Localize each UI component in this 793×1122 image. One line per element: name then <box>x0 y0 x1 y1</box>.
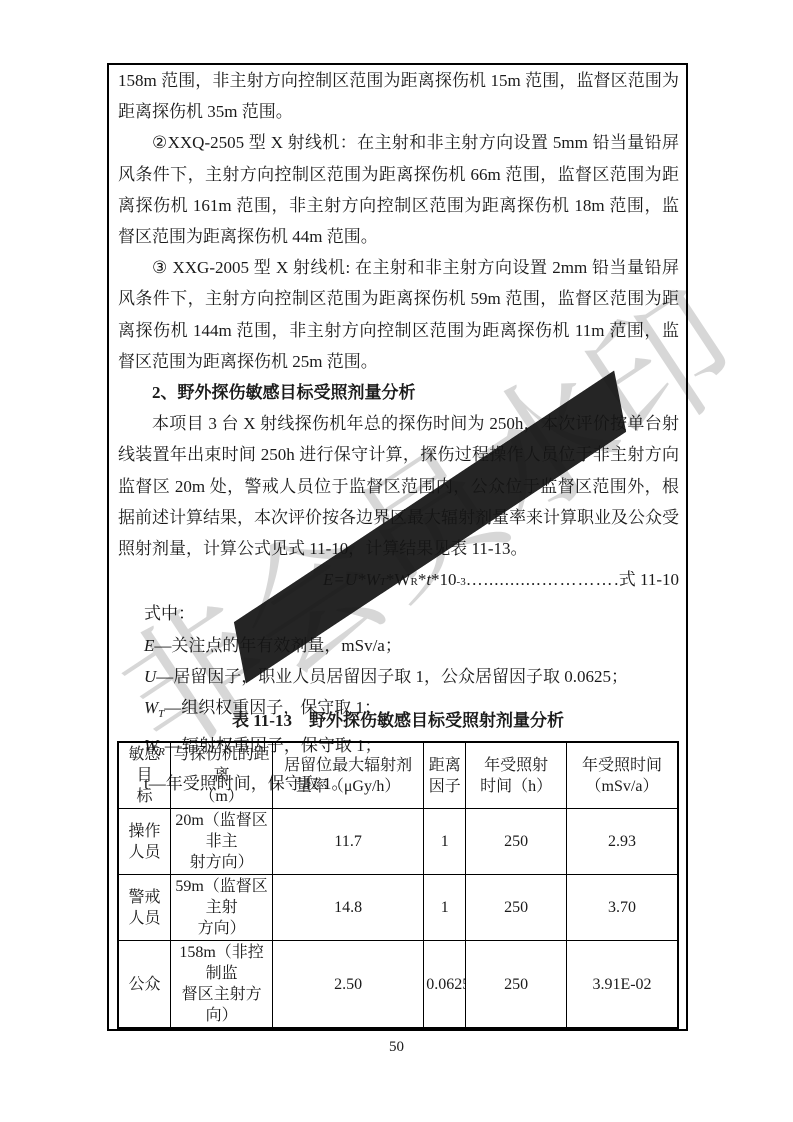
dose-table-block: 表 11-13 野外探伤敏感目标受照射剂量分析 敏感目标 与探伤机的距离（m） … <box>117 708 679 1029</box>
definition-E: E—关注点的年有效剂量，mSv/a； <box>144 630 679 661</box>
formula-term: *10 <box>431 564 457 595</box>
col-header-dose-rate: 居留位最大辐射剂量率（μGy/h） <box>273 742 424 809</box>
table-header-row: 敏感目标 与探伤机的距离（m） 居留位最大辐射剂量率（μGy/h） 距离因子 年… <box>118 742 678 809</box>
dose-analysis-table: 敏感目标 与探伤机的距离（m） 居留位最大辐射剂量率（μGy/h） 距离因子 年… <box>117 741 679 1029</box>
page-number: 50 <box>0 1039 793 1056</box>
definition-U: U—居留因子，职业人员居留因子取 1，公众居留因子取 0.0625； <box>144 661 679 692</box>
paragraph-2: ②XXQ-2505 型 X 射线机：在主射和非主射方向设置 5mm 铅当量铅屏风… <box>118 127 679 252</box>
col-header-target: 敏感目标 <box>118 742 171 809</box>
formula-dot-leader: …...........…………….......…...............… <box>466 564 619 595</box>
table-caption: 表 11-13 野外探伤敏感目标受照射剂量分析 <box>117 708 679 734</box>
table-row-public: 公众 158m（非控制监督区主射方向） 2.50 0.0625 250 3.91… <box>118 941 678 1029</box>
col-header-distance: 与探伤机的距离（m） <box>171 742 273 809</box>
table-row-guard: 警戒人员 59m（监督区主射方向） 14.8 1 250 3.70 <box>118 875 678 941</box>
col-header-annual-dose: 年受照时间（mSv/a） <box>567 742 678 809</box>
col-header-annual-hours: 年受照射时间（h） <box>466 742 567 809</box>
formula-superscript: -3 <box>457 567 466 598</box>
paragraph-1: 158m 范围，非主射方向控制区范围为距离探伤机 15m 范围，监督区范围为距离… <box>118 65 679 127</box>
equation-number: 式 11-10 <box>619 564 679 595</box>
paragraph-3: ③ XXG-2005 型 X 射线机: 在主射和非主射方向设置 2mm 铅当量铅… <box>118 252 679 377</box>
document-page: 非会员水印 158m 范围，非主射方向控制区范围为距离探伤机 15m 范围，监督… <box>0 0 793 1122</box>
definitions-lead: 式中： <box>144 598 679 629</box>
col-header-distance-factor: 距离因子 <box>424 742 466 809</box>
table-row-operator: 操作人员 20m（监督区非主射方向） 11.7 1 250 2.93 <box>118 809 678 875</box>
